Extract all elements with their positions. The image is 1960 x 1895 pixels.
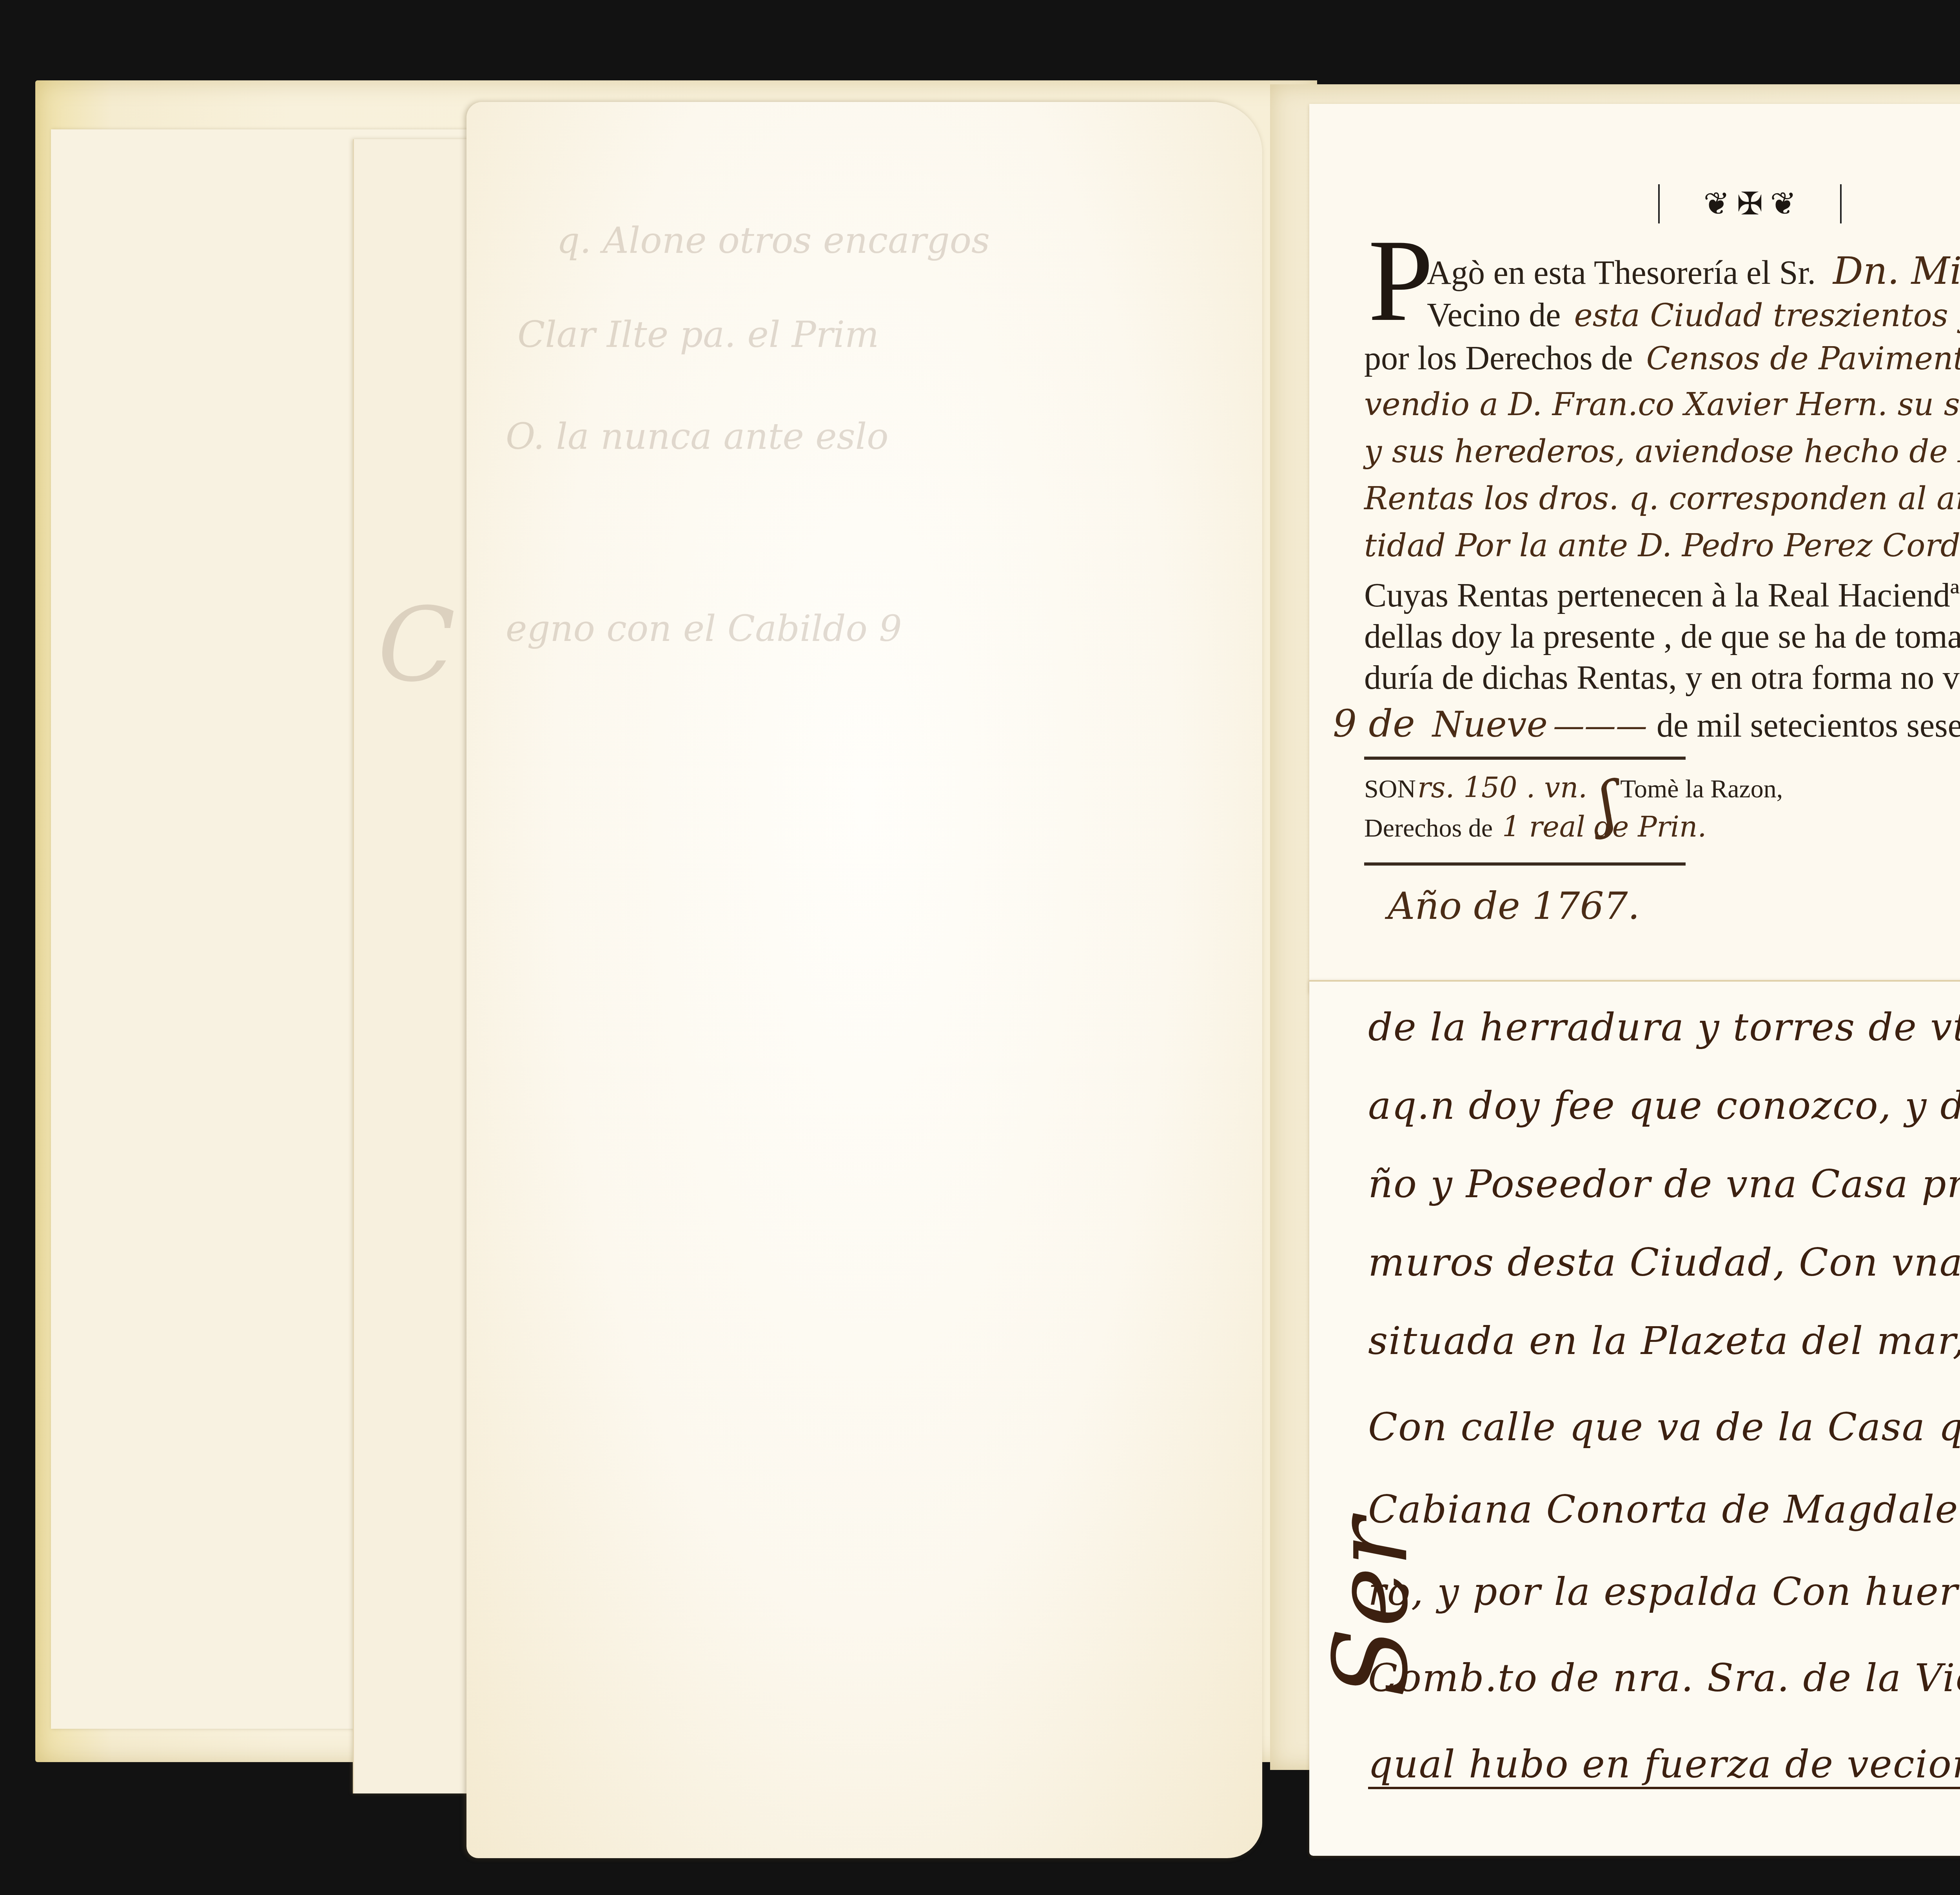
handwritten-month: Nueve [1432,704,1548,745]
derechos-line: Derechos de 1 real de Prin. [1364,810,1706,847]
manuscript-line: situada en la Plazeta del mar, linda [1368,1319,1960,1363]
bleed-through-line: Clar Ilte pa. el Prim [517,314,879,356]
clause-line: Cuyas Rentas pertenecen à la Real Hacien… [1364,576,1960,614]
handwritten-text: Censos de Pavimento Quinq. Principal que [1646,340,1960,377]
dash-stroke: ——— [1553,708,1647,744]
manuscript-line: Cabiana Conorta de Magdalena Herre [1368,1487,1960,1532]
tome-razon-label: Tomè la Razon, [1620,775,1783,803]
handwritten-day: 9 de [1333,702,1415,746]
handwritten-line: tidad Por la ante D. Pedro Perez Cordero… [1364,527,1960,564]
printed-year-text: de mil setecientos sesenta y [1657,706,1960,744]
left-top-page: q. Alone otros encargos Clar Ilte pa. el… [466,102,1262,1858]
handwritten-line: y sus herederos, aviendose hecho de Frut… [1364,433,1960,470]
receipt-line-1: Agò en esta Thesorería el Sr. Dn. Miguel… [1427,249,1960,293]
clause-line: dellas doy la presente , de que se ha de… [1364,617,1960,655]
handwritten-line: Rentas los dros. q. corresponden al arre… [1364,480,1960,517]
clause-line-3: duría de dichas Rentas, y en otra forma … [1364,659,1960,696]
bleed-through-line: q. Alone otros encargos [557,220,990,261]
date-line: 9 de Nueve ——— de mil setecientos sesent… [1333,702,1960,746]
manuscript-line: ro, y por la espalda Con huerta del [1368,1570,1960,1614]
year-stamp: Año de 1767. [1388,884,1640,928]
handwritten-line: vendio a D. Fran.co Xavier Hern. su sobr… [1364,386,1960,423]
printed-text: por los Derechos de [1364,339,1633,377]
bleed-through-line: egno con el Cabildo 9 [506,608,902,650]
manuscript-line: Con calle que va de la Casa que llaman [1368,1405,1960,1450]
amount-value: rs. 150 . vn. [1417,771,1587,804]
manuscript-page: de la herradura y torres de vta marina a… [1309,980,1960,1856]
handwritten-payer: Dn. Miguel Muños Hern. [1833,249,1960,293]
printed-ornament: ❦ ✠ ❦ [1658,184,1842,223]
manuscript-line: muros desta Ciudad, Con vna accesoria [1368,1240,1960,1285]
handwritten-text: esta Ciudad treszientos y Ciento y Cinq.… [1574,297,1960,334]
printed-text: Agò en esta Thesorería el Sr. [1427,254,1816,291]
receipt-line-2: Vecino de esta Ciudad treszientos y Cien… [1427,296,1960,334]
margin-mark: C [377,586,456,704]
divider-rule [1364,757,1686,760]
cross-icon: ✠ [1737,185,1763,222]
margin-annotation: Ser [1312,1518,1430,1697]
amount-line: SON rs. 150 . vn. Tomè la Razon, [1364,770,1783,808]
amount-label: SON [1364,775,1416,803]
printed-text: Vecino de [1427,296,1561,334]
bleed-through-line: O. la nunca ante eslo [506,416,889,457]
manuscript-line: qual hubo en fuerza de vecion que se [1368,1742,1960,1789]
fleuron-icon: ❦ [1703,185,1730,222]
drop-cap: P [1368,221,1434,339]
manuscript-line: aq.n doy fee que conozco, y dixo: ser Du… [1368,1084,1960,1128]
manuscript-line: Comb.to de nra. Sra. de la Victoria; la [1368,1656,1960,1701]
clause-line: duría de dichas Rentas, y en otra forma … [1364,659,1960,696]
fleuron-icon: ❦ [1770,185,1797,222]
receipt-line-3: por los Derechos de Censos de Pavimento … [1364,339,1960,377]
derechos-label: Derechos de [1364,814,1493,842]
divider-rule [1364,862,1686,866]
manuscript-line: de la herradura y torres de vta marina [1368,1005,1960,1050]
tax-receipt-form: ❦ ✠ ❦ P Agò en esta Thesorería el Sr. Dn… [1309,104,1960,992]
manuscript-line: ño y Poseedor de vna Casa prali. intra [1368,1162,1960,1207]
